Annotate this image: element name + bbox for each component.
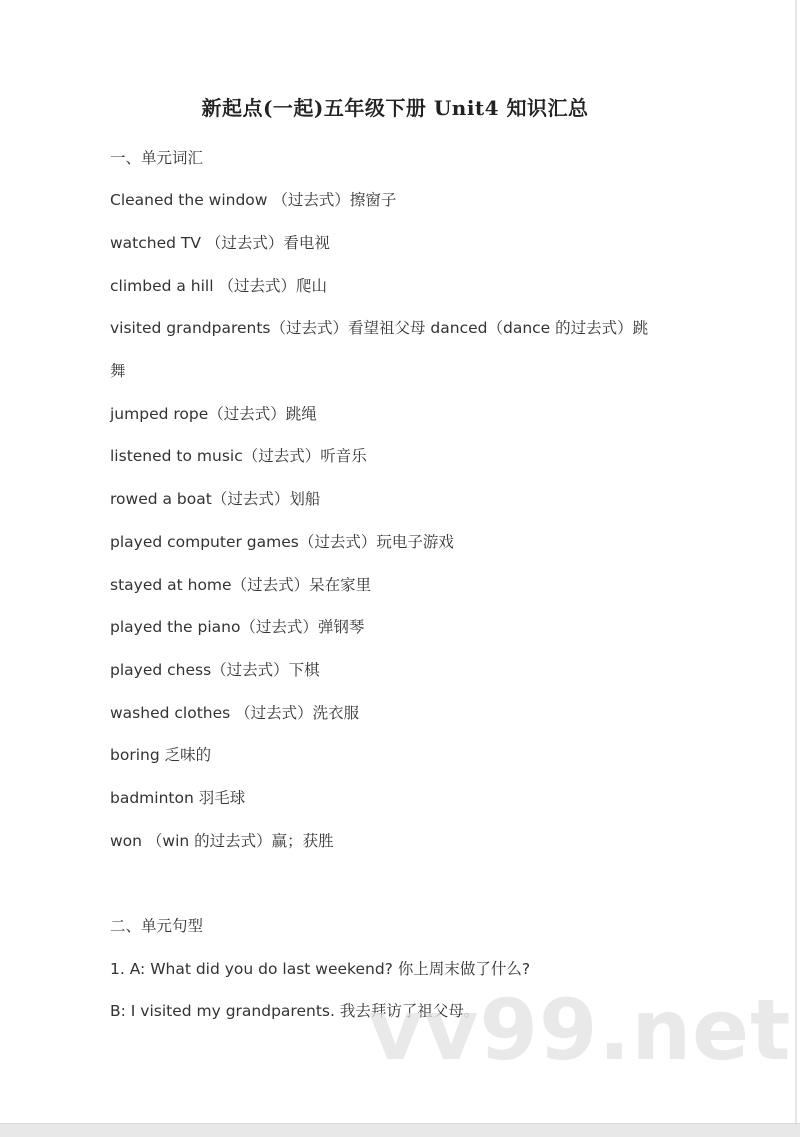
section-heading-vocabulary: 一、单元词汇 [110,148,203,168]
document-page: 新起点(一起)五年级下册 Unit4 知识汇总 一、单元词汇 Cleaned t… [0,0,797,1123]
vocab-item: won （win 的过去式）赢；获胜 [110,831,334,851]
vocab-item: rowed a boat（过去式）划船 [110,489,320,509]
document-title: 新起点(一起)五年级下册 Unit4 知识汇总 [0,92,790,121]
vocab-item: played computer games（过去式）玩电子游戏 [110,532,454,552]
vocab-item: washed clothes （过去式）洗衣服 [110,703,359,723]
vocab-item: listened to music（过去式）听音乐 [110,446,367,466]
page-bottom-edge [0,1123,800,1137]
vocab-item: jumped rope（过去式）跳绳 [110,404,317,424]
vocab-item: watched TV （过去式）看电视 [110,233,330,253]
vocab-item-continuation: 舞 [110,361,126,381]
vocab-item: badminton 羽毛球 [110,788,245,808]
vocab-item: played the piano（过去式）弹钢琴 [110,617,364,637]
sentence-item: 1. A: What did you do last weekend? 你上周末… [110,959,530,979]
vocab-item: climbed a hill （过去式）爬山 [110,276,327,296]
vocab-item: boring 乏味的 [110,745,211,765]
vocab-item: visited grandparents（过去式）看望祖父母 danced（da… [110,318,648,338]
sentence-item: B: I visited my grandparents. 我去拜访了祖父母。 [110,1001,479,1021]
vocab-item: stayed at home（过去式）呆在家里 [110,575,371,595]
section-heading-sentences: 二、单元句型 [110,916,203,936]
vocab-item: played chess（过去式）下棋 [110,660,320,680]
vocab-item: Cleaned the window （过去式）擦窗子 [110,190,396,210]
